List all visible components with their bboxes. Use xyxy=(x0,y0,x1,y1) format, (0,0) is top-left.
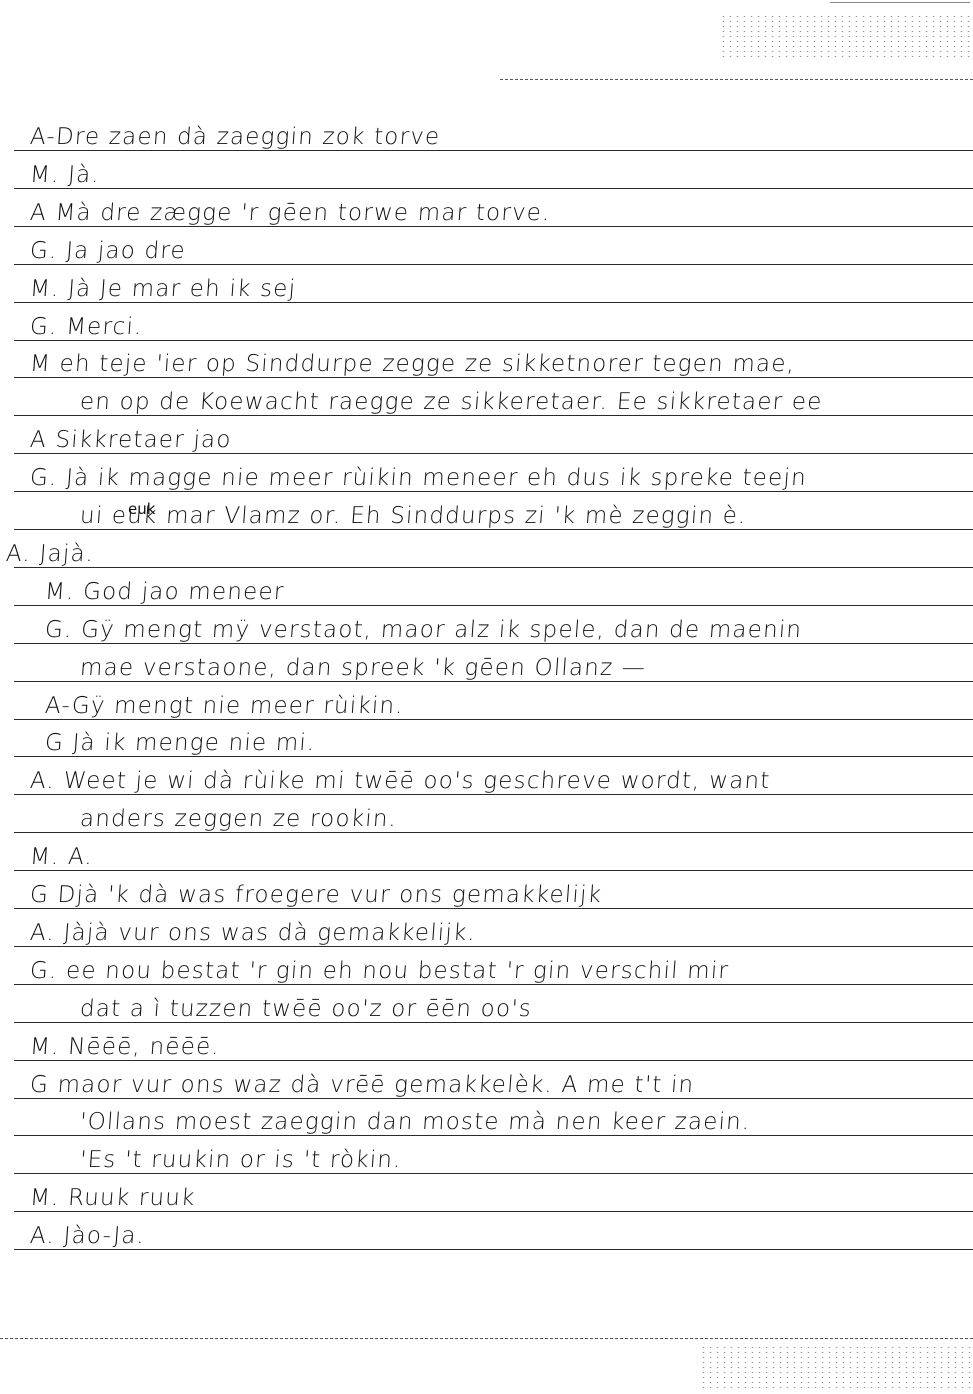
transcript-line: G. ee nou bestat 'r gin eh nou bestat 'r… xyxy=(29,960,730,983)
ruled-line xyxy=(14,946,973,947)
transcript-line: M. A. xyxy=(29,846,94,869)
transcript-line: 'Ollans moest zaeggin dan moste mà nen k… xyxy=(79,1111,751,1134)
transcript-line: A. Jào-Ja. xyxy=(29,1225,146,1248)
transcript-line: dat a ì tuzzen twēē oo'z or ēēn oo's xyxy=(79,998,532,1021)
transcript-line: G. Jà ik magge nie meer rùikin meneer eh… xyxy=(29,467,807,490)
scan-edge-top-short xyxy=(830,2,970,3)
scan-noise-bottom xyxy=(700,1345,973,1390)
ruled-line xyxy=(14,491,973,492)
transcript-line: G. Ja jao dre xyxy=(29,240,186,263)
transcript-line: G. Merci. xyxy=(29,316,143,339)
transcript-line: M eh teje 'ier op Sinddurpe zegge ze sik… xyxy=(29,353,796,376)
transcript-line: 'Es 't ruukin or is 't ròkin. xyxy=(79,1149,402,1172)
transcript-line: A Mà dre zægge 'r gēen torwe mar torve. xyxy=(29,202,551,225)
transcript-line: M. Jà Je mar eh ik sej xyxy=(29,278,297,301)
ruled-line xyxy=(14,794,973,795)
ruled-line xyxy=(14,1211,973,1212)
scan-edge-bottom xyxy=(0,1338,973,1339)
ruled-line xyxy=(14,340,973,341)
transcript-line: A Sikkretaer jao xyxy=(29,429,232,452)
transcript-line: G maor vur ons waz dà vrēē gemakkelèk. A… xyxy=(29,1074,695,1097)
ruled-line xyxy=(14,567,973,568)
transcript-line: G. Gÿ mengt mÿ verstaot, maor alz ik spe… xyxy=(44,619,803,642)
ruled-line xyxy=(14,453,973,454)
transcript-line: en op de Koewacht raegge ze sikkeretaer.… xyxy=(79,391,823,414)
scan-noise-top xyxy=(720,14,973,59)
ruled-line xyxy=(14,870,973,871)
transcript-line: mae verstaone, dan spreek 'k gēen Ollanz… xyxy=(79,657,647,680)
transcript-line: A. Jajà. xyxy=(5,543,95,566)
ruled-line xyxy=(14,832,973,833)
inserted-word: euk xyxy=(128,500,155,518)
ruled-line xyxy=(14,756,973,757)
ruled-line xyxy=(14,529,973,530)
ruled-line xyxy=(14,377,973,378)
transcript-line: A-Gÿ mengt nie meer rùikin. xyxy=(44,695,404,718)
transcript-line: M. Nēēē, nēēē. xyxy=(29,1036,220,1059)
transcript-line: G Djà 'k dà was froegere vur ons gemakke… xyxy=(29,884,603,907)
transcript-line: ui euk mar Vlamz or. Eh Sinddurps zi 'k … xyxy=(79,505,747,528)
ruled-line xyxy=(14,150,973,151)
ruled-line xyxy=(14,1173,973,1174)
transcript-line: M. God jao meneer xyxy=(44,581,285,604)
transcript-line: A. Jàjà vur ons was dà gemakkelijk. xyxy=(29,922,477,945)
ruled-line xyxy=(14,415,973,416)
ruled-line xyxy=(14,1249,973,1250)
transcript-line: anders zeggen ze rookin. xyxy=(79,808,398,831)
transcript-line: G Jà ik menge nie mi. xyxy=(44,732,316,755)
ruled-line xyxy=(14,1135,973,1136)
transcript-line: A. Weet je wi dà rùike mi twēē oo's gesc… xyxy=(29,770,771,793)
scanned-page: A-Dre zaen dà zaeggin zok torveM. Jà.A M… xyxy=(0,0,973,1394)
transcript-line: M. Jà. xyxy=(29,164,100,187)
transcript-line: M. Ruuk ruuk xyxy=(29,1187,196,1210)
ruled-line xyxy=(14,188,973,189)
transcript-line: A-Dre zaen dà zaeggin zok torve xyxy=(29,126,441,149)
ruled-line xyxy=(14,908,973,909)
scan-edge-top xyxy=(500,79,973,80)
